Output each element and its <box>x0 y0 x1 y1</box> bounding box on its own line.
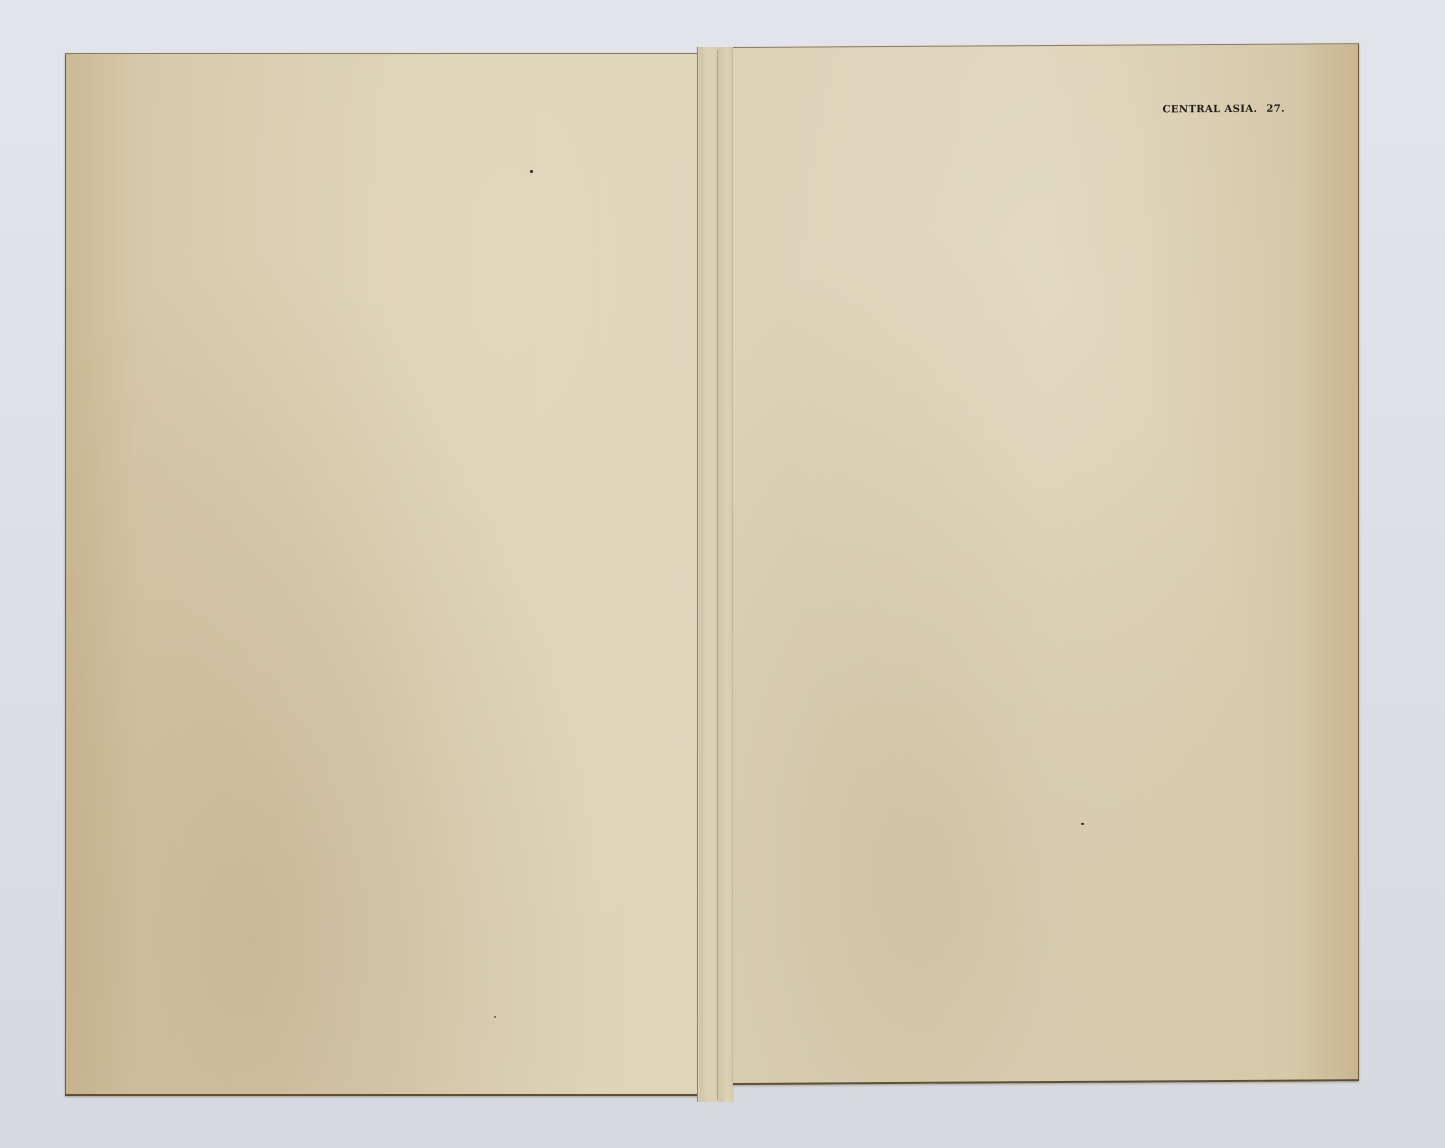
atlas-spread: CENTRAL ASIA.27. <box>0 0 1445 1148</box>
page-number: 27. <box>1266 104 1285 115</box>
spine-fold-line <box>717 50 718 1100</box>
spine-guard-strip <box>697 47 734 1102</box>
right-page: CENTRAL ASIA.27. <box>733 43 1359 1085</box>
paper-speck <box>1081 823 1084 825</box>
page-header: CENTRAL ASIA.27. <box>1163 104 1285 116</box>
page-header-title: CENTRAL ASIA. <box>1163 104 1258 116</box>
paper-speck <box>494 1016 496 1018</box>
left-page <box>65 53 698 1096</box>
paper-speck <box>530 170 533 173</box>
